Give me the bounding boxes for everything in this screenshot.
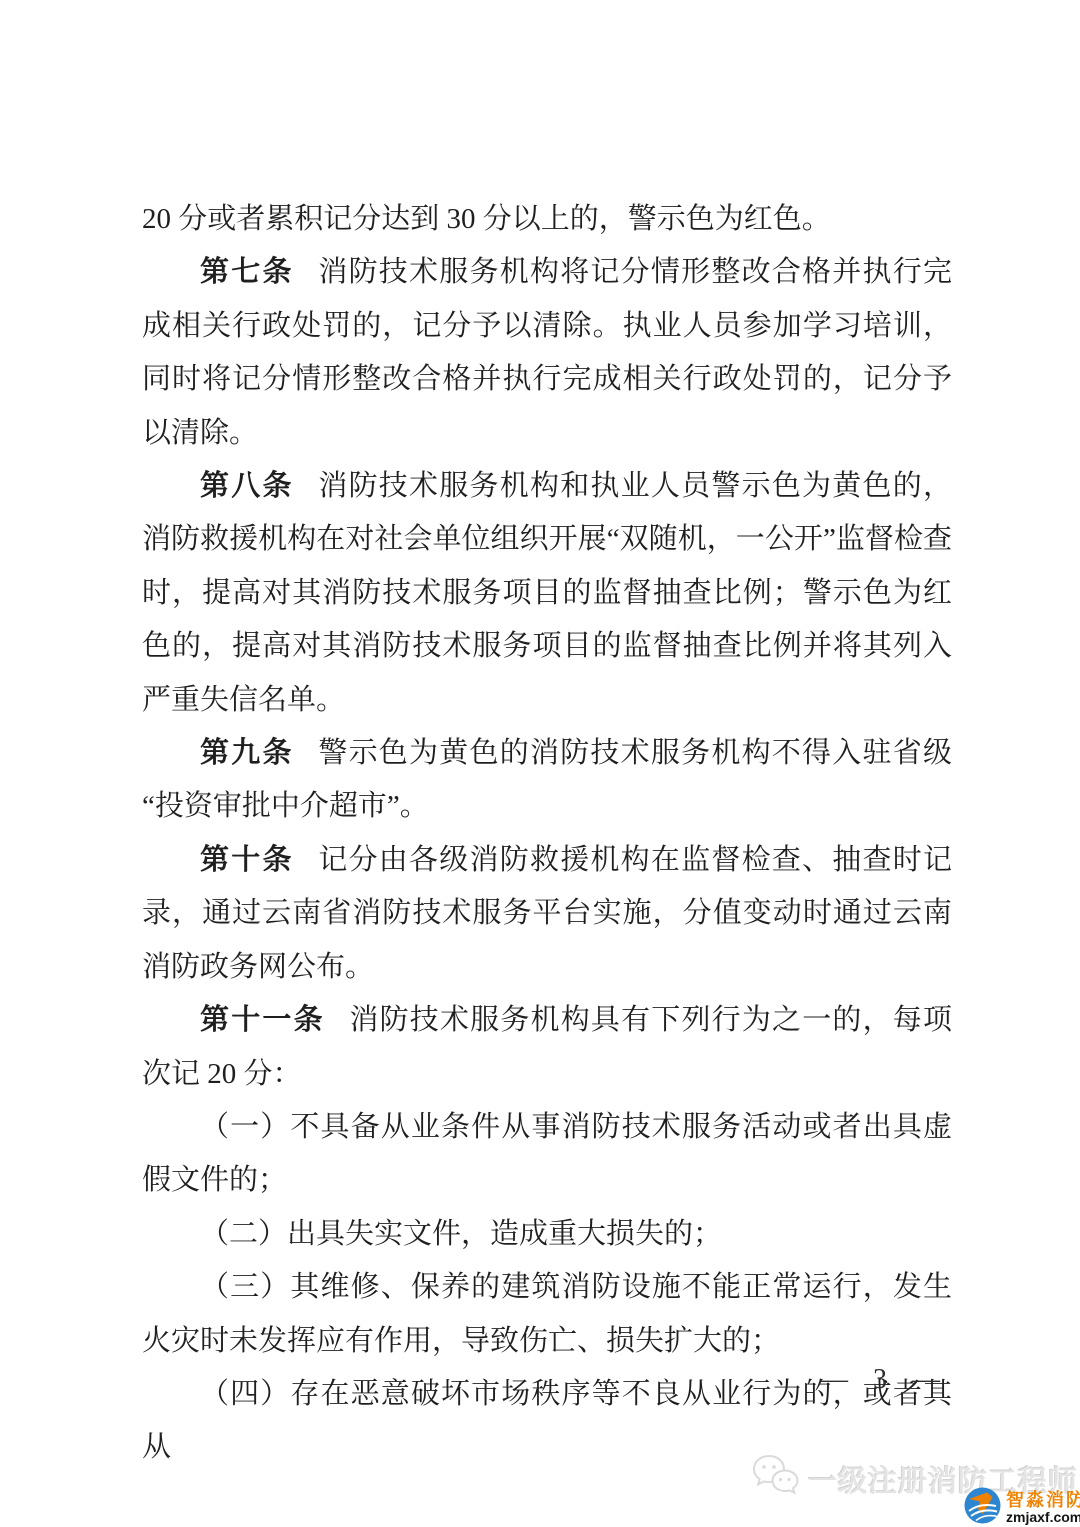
article-number: 第九条	[200, 737, 294, 769]
paragraph-item-1: （一）不具备从业条件从事消防技术服务活动或者出具虚假文件的；	[142, 1101, 952, 1208]
brand-title: 智淼消防	[1006, 1491, 1080, 1510]
brand-text: 智淼消防 zmjaxf.com	[1006, 1491, 1080, 1525]
zhimiao-fire-logo-icon	[964, 1487, 1001, 1527]
article-number: 第十条	[200, 844, 294, 876]
paragraph-text: （二）出具失实文件，造成重大损失的；	[200, 1218, 722, 1250]
brand-logo: 智淼消防 zmjaxf.com	[964, 1487, 1080, 1527]
paragraph-article-10: 第十条记分由各级消防救援机构在监督检查、抽查时记录，通过云南省消防技术服务平台实…	[142, 834, 952, 994]
page-number: — 3 —	[820, 1364, 949, 1396]
paragraph-text: （一）不具备从业条件从事消防技术服务活动或者出具虚假文件的；	[142, 1111, 952, 1196]
paragraph-text: （三）其维修、保养的建筑消防设施不能正常运行，发生火灾时未发挥应有作用，导致伤亡…	[142, 1271, 952, 1356]
brand-domain: zmjaxf.com	[1006, 1510, 1080, 1525]
article-number: 第七条	[200, 256, 294, 288]
paragraph-article-8: 第八条消防技术服务机构和执业人员警示色为黄色的，消防救援机构在对社会单位组织开展…	[142, 460, 952, 727]
document-page: 20 分或者累积记分达到 30 分以上的，警示色为红色。 第七条消防技术服务机构…	[0, 0, 1080, 1527]
paragraph: 20 分或者累积记分达到 30 分以上的，警示色为红色。	[142, 193, 952, 246]
document-body: 20 分或者累积记分达到 30 分以上的，警示色为红色。 第七条消防技术服务机构…	[142, 193, 952, 1475]
wechat-icon	[750, 1452, 802, 1507]
paragraph-text: 消防技术服务机构和执业人员警示色为黄色的，消防救援机构在对社会单位组织开展“双随…	[142, 470, 952, 716]
paragraph-article-7: 第七条消防技术服务机构将记分情形整改合格并执行完成相关行政处罚的，记分予以清除。…	[142, 246, 952, 460]
paragraph-article-11: 第十一条消防技术服务机构具有下列行为之一的，每项次记 20 分：	[142, 994, 952, 1101]
paragraph-item-3: （三）其维修、保养的建筑消防设施不能正常运行，发生火灾时未发挥应有作用，导致伤亡…	[142, 1261, 952, 1368]
paragraph-item-2: （二）出具失实文件，造成重大损失的；	[142, 1208, 952, 1261]
paragraph-text: 20 分或者累积记分达到 30 分以上的，警示色为红色。	[142, 203, 831, 235]
article-number: 第八条	[200, 470, 294, 502]
article-number: 第十一条	[200, 1004, 325, 1036]
paragraph-article-9: 第九条警示色为黄色的消防技术服务机构不得入驻省级“投资审批中介超市”。	[142, 727, 952, 834]
